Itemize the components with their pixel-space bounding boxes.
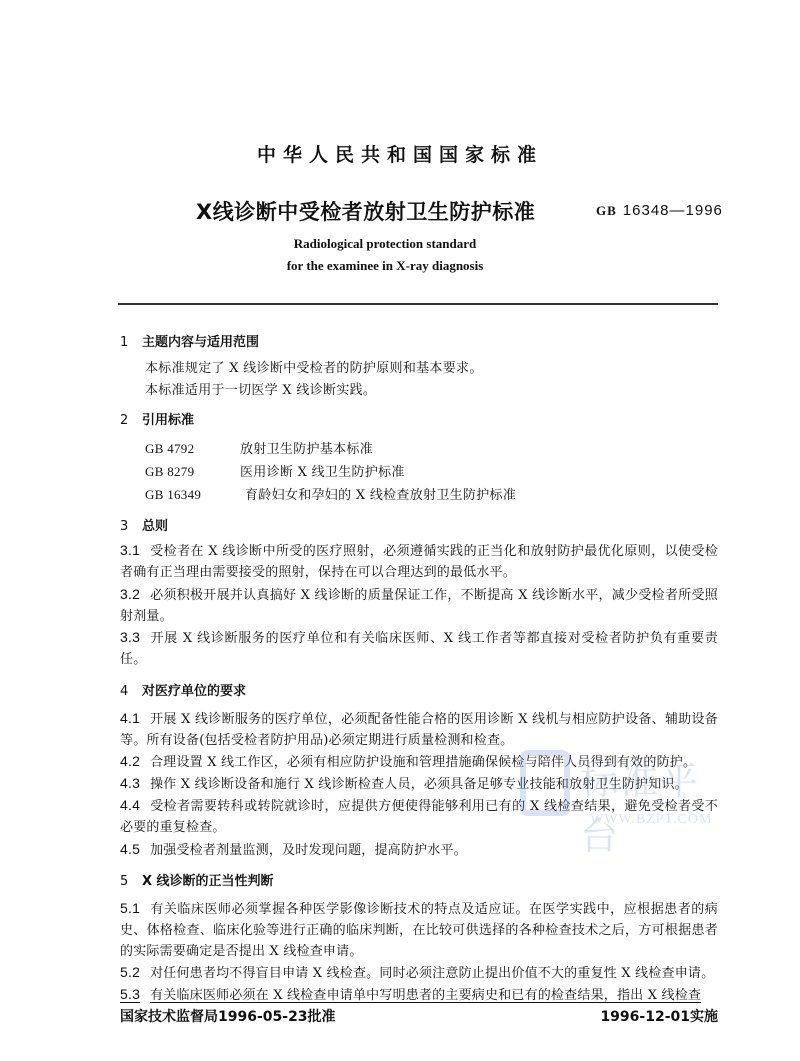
clause-4-3: 4.3操作 X 线诊断设备和施行 X 线诊断检查人员，必须具备足够专业技能和放射… — [120, 773, 718, 795]
clause-3-1: 3.1受检者在 X 线诊断中所受的医疗照射，必须遵循实践的正当化和放射防护最优化… — [120, 540, 718, 583]
section-4-heading: 4对医疗单位的要求 — [120, 680, 246, 699]
approval-info: 国家技术监督局1996-05-23批准 — [120, 1006, 336, 1026]
reference-item: GB 8279医用诊断 X 线卫生防护标准 — [145, 461, 405, 480]
reference-item: GB 4792放射卫生防护基本标准 — [145, 438, 373, 457]
section-5-heading: 5X 线诊断的正当性判断 — [120, 870, 274, 889]
clause-4-5: 4.5加强受检者剂量监测，及时发现问题，提高防护水平。 — [120, 839, 718, 861]
gb-prefix: GB — [596, 203, 617, 218]
clause-5-3: 5.3有关临床医师必须在 X 线检查申请单中写明患者的主要病史和已有的检查结果，… — [120, 984, 718, 1005]
section-1-line-2: 本标准适用于一切医学 X 线诊断实践。 — [145, 379, 376, 398]
clause-5-2: 5.2对任何患者均不得盲目申请 X 线检查。同时必须注意防止提出价值不大的重复性… — [120, 962, 718, 984]
clause-4-4: 4.4受检者需要转科或转院就诊时，应提供方便使得能够利用已有的 X 线检查结果，… — [120, 795, 718, 838]
clause-4-2: 4.2合理设置 X 线工作区，必须有相应防护设施和管理措施确保候检与陪伴人员得到… — [120, 751, 718, 773]
clause-4-1: 4.1开展 X 线诊断服务的医疗单位，必须配备性能合格的医用诊断 X 线机与相应… — [120, 708, 718, 751]
gb-number: 16348—1996 — [623, 202, 723, 219]
section-2-heading: 2引用标准 — [120, 409, 194, 428]
effective-date: 1996-12-01实施 — [600, 1006, 718, 1026]
document-title-cn: X线诊断中受检者放射卫生防护标准 — [196, 196, 535, 226]
national-standard-heading: 中华人民共和国国家标准 — [0, 140, 800, 167]
header-divider — [118, 303, 718, 305]
section-1-line-1: 本标准规定了 X 线诊断中受检者的防护原则和基本要求。 — [145, 357, 483, 376]
document-title-en-line1: Radiological protection standard — [0, 236, 770, 252]
section-1-heading: 1主题内容与适用范围 — [120, 331, 259, 350]
section-3-heading: 3总则 — [120, 515, 168, 534]
clause-3-2: 3.2必须积极开展并认真搞好 X 线诊断的质量保证工作，不断提高 X 线诊断水平… — [120, 584, 718, 627]
standard-number: GB16348—1996 — [596, 202, 723, 219]
document-title-en-line2: for the examinee in X-ray diagnosis — [0, 258, 770, 274]
clause-5-1: 5.1有关临床医师必须掌握各种医学影像诊断技术的特点及适应证。在医学实践中，应根… — [120, 898, 718, 962]
reference-item: GB 16349育龄妇女和孕妇的 X 线检查放射卫生防护标准 — [145, 484, 516, 503]
clause-3-3: 3.3开展 X 线诊断服务的医疗单位和有关临床医师、X 线工作者等都直接对受检者… — [120, 627, 718, 670]
